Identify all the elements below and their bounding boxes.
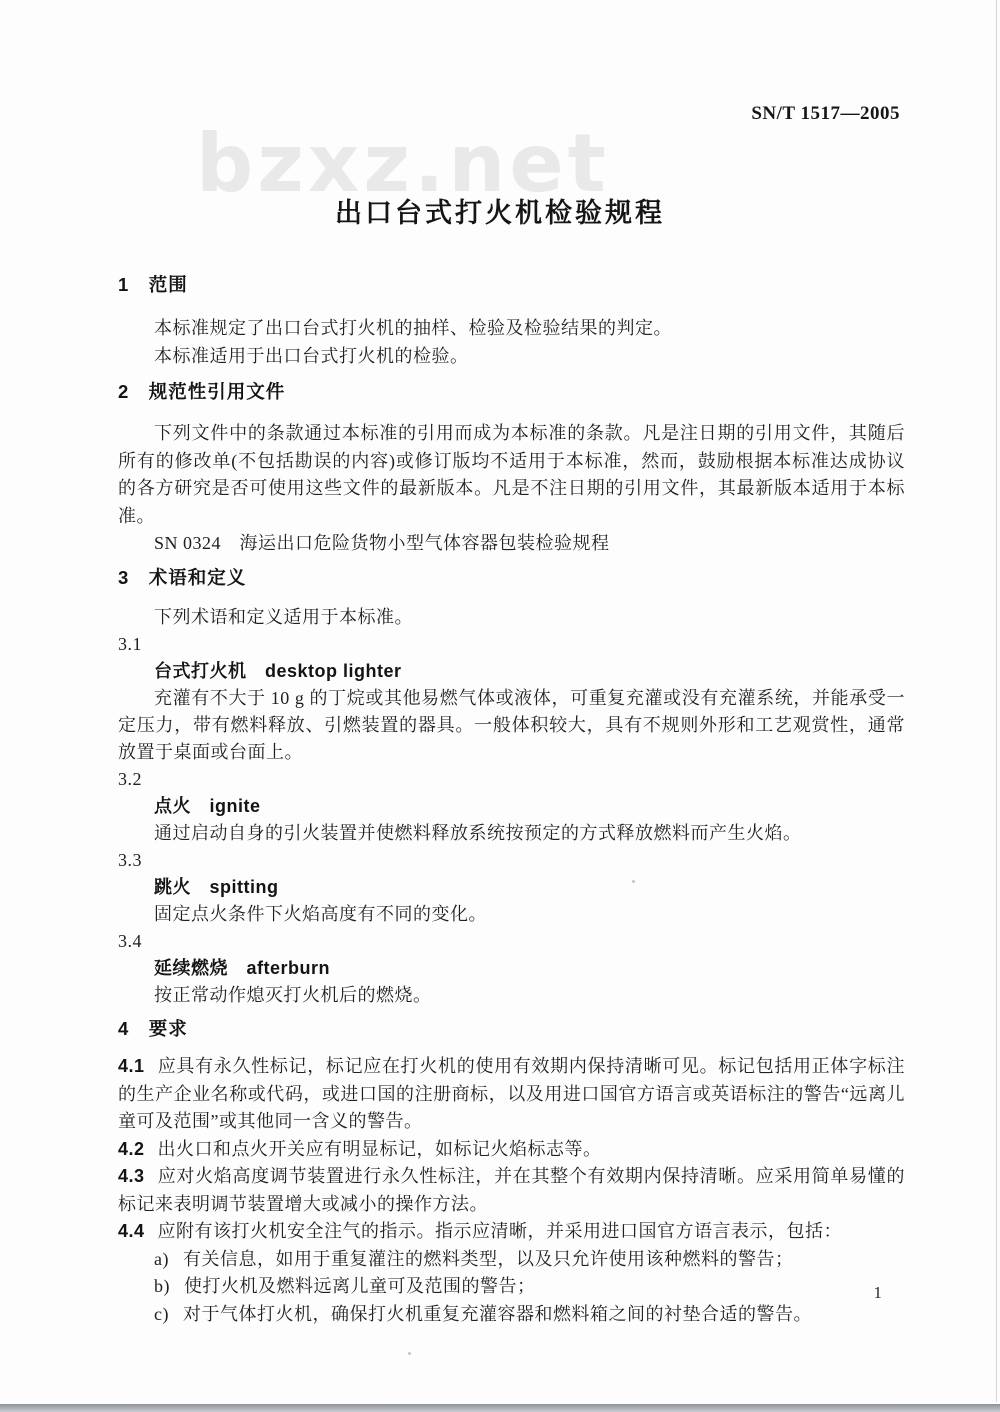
term-title: 点火 ignite bbox=[118, 793, 905, 820]
section-heading-normative-references: 2 规范性引用文件 bbox=[118, 380, 905, 404]
list-item-label: b) bbox=[154, 1276, 170, 1296]
clause-number: 4.2 bbox=[118, 1139, 145, 1159]
watermark: bzxz.net bbox=[196, 124, 610, 204]
term-definition: 通过启动自身的引火装置并使燃料释放系统按预定的方式释放燃料而产生火焰。 bbox=[118, 820, 905, 847]
document-body: 1 范围 本标准规定了出口台式打火机的抽样、检验及检验结果的判定。 本标准适用于… bbox=[118, 273, 905, 1328]
scan-edge-bottom bbox=[0, 1404, 1000, 1412]
clause: 4.4应附有该打火机安全注气的指示。指示应清晰，并采用进口国官方语言表示，包括： bbox=[118, 1218, 905, 1246]
paragraph: 本标准规定了出口台式打火机的抽样、检验及检验结果的判定。 bbox=[118, 315, 905, 343]
clause: 4.3应对火焰高度调节装置进行永久性标注，并在其整个有效期内保持清晰。应采用简单… bbox=[118, 1163, 905, 1218]
list-item-label: c) bbox=[154, 1304, 169, 1324]
clause: 4.1应具有永久性标记，标记应在打火机的使用有效期内保持清晰可见。标记包括用正体… bbox=[118, 1053, 905, 1136]
document-title: 出口台式打火机检验规程 bbox=[0, 195, 1000, 231]
paragraph: 本标准适用于出口台式打火机的检验。 bbox=[118, 343, 905, 371]
standard-number: SN/T 1517—2005 bbox=[0, 0, 1000, 125]
term-title: 台式打火机 desktop lighter bbox=[118, 658, 905, 685]
term-entry: 3.4 延续燃烧 afterburn 按正常动作熄灭打火机后的燃烧。 bbox=[118, 928, 905, 1009]
scan-speck bbox=[408, 1352, 411, 1355]
section-heading-requirements: 4 要求 bbox=[118, 1017, 905, 1041]
term-definition: 固定点火条件下火焰高度有不同的变化。 bbox=[118, 901, 905, 928]
clause: 4.2出火口和点火开关应有明显标记，如标记火焰标志等。 bbox=[118, 1136, 905, 1164]
list-item-text: 使打火机及燃料远离儿童可及范围的警告； bbox=[184, 1276, 536, 1296]
term-number: 3.2 bbox=[118, 766, 905, 793]
list-item-text: 有关信息，如用于重复灌注的燃料类型，以及只允许使用该种燃料的警告； bbox=[183, 1249, 794, 1269]
list-item: a)有关信息，如用于重复灌注的燃料类型，以及只允许使用该种燃料的警告； bbox=[118, 1246, 905, 1274]
page-number: 1 bbox=[874, 1282, 883, 1304]
section-heading-terms-definitions: 3 术语和定义 bbox=[118, 566, 905, 590]
clause-text: 应对火焰高度调节装置进行永久性标注，并在其整个有效期内保持清晰。应采用简单易懂的… bbox=[118, 1166, 905, 1214]
paragraph: 下列文件中的条款通过本标准的引用而成为本标准的条款。凡是注日期的引用文件，其随后… bbox=[118, 420, 905, 530]
paragraph: 下列术语和定义适用于本标准。 bbox=[118, 604, 905, 632]
clause-text: 应具有永久性标记，标记应在打火机的使用有效期内保持清晰可见。标记包括用正体字标注… bbox=[118, 1056, 905, 1131]
term-number: 3.1 bbox=[118, 631, 905, 658]
section-heading-scope: 1 范围 bbox=[118, 273, 905, 297]
document-page: bzxz.net SN/T 1517—2005 出口台式打火机检验规程 1 范围… bbox=[0, 0, 1000, 1412]
term-title: 延续燃烧 afterburn bbox=[118, 955, 905, 982]
term-entry: 3.1 台式打火机 desktop lighter 充灌有不大于 10 g 的丁… bbox=[118, 631, 905, 766]
list-item: c)对于气体打火机，确保打火机重复充灌容器和燃料箱之间的衬垫合适的警告。 bbox=[118, 1301, 905, 1329]
list-item-label: a) bbox=[154, 1249, 169, 1269]
term-number: 3.3 bbox=[118, 847, 905, 874]
term-definition: 按正常动作熄灭打火机后的燃烧。 bbox=[118, 982, 905, 1009]
term-definition: 充灌有不大于 10 g 的丁烷或其他易燃气体或液体，可重复充灌或没有充灌系统，并… bbox=[118, 685, 905, 766]
list-item: b)使打火机及燃料远离儿童可及范围的警告； bbox=[118, 1273, 905, 1301]
reference-entry: SN 0324 海运出口危险货物小型气体容器包装检验规程 bbox=[118, 530, 905, 558]
term-number: 3.4 bbox=[118, 928, 905, 955]
term-title: 跳火 spitting bbox=[118, 874, 905, 901]
clause-text: 出火口和点火开关应有明显标记，如标记火焰标志等。 bbox=[158, 1139, 602, 1159]
clause-number: 4.3 bbox=[118, 1166, 145, 1186]
term-entry: 3.3 跳火 spitting 固定点火条件下火焰高度有不同的变化。 bbox=[118, 847, 905, 928]
term-entry: 3.2 点火 ignite 通过启动自身的引火装置并使燃料释放系统按预定的方式释… bbox=[118, 766, 905, 847]
clause-number: 4.1 bbox=[118, 1056, 145, 1076]
clause-number: 4.4 bbox=[118, 1221, 145, 1241]
clause-text: 应附有该打火机安全注气的指示。指示应清晰，并采用进口国官方语言表示，包括： bbox=[158, 1221, 843, 1241]
list-item-text: 对于气体打火机，确保打火机重复充灌容器和燃料箱之间的衬垫合适的警告。 bbox=[183, 1304, 812, 1324]
